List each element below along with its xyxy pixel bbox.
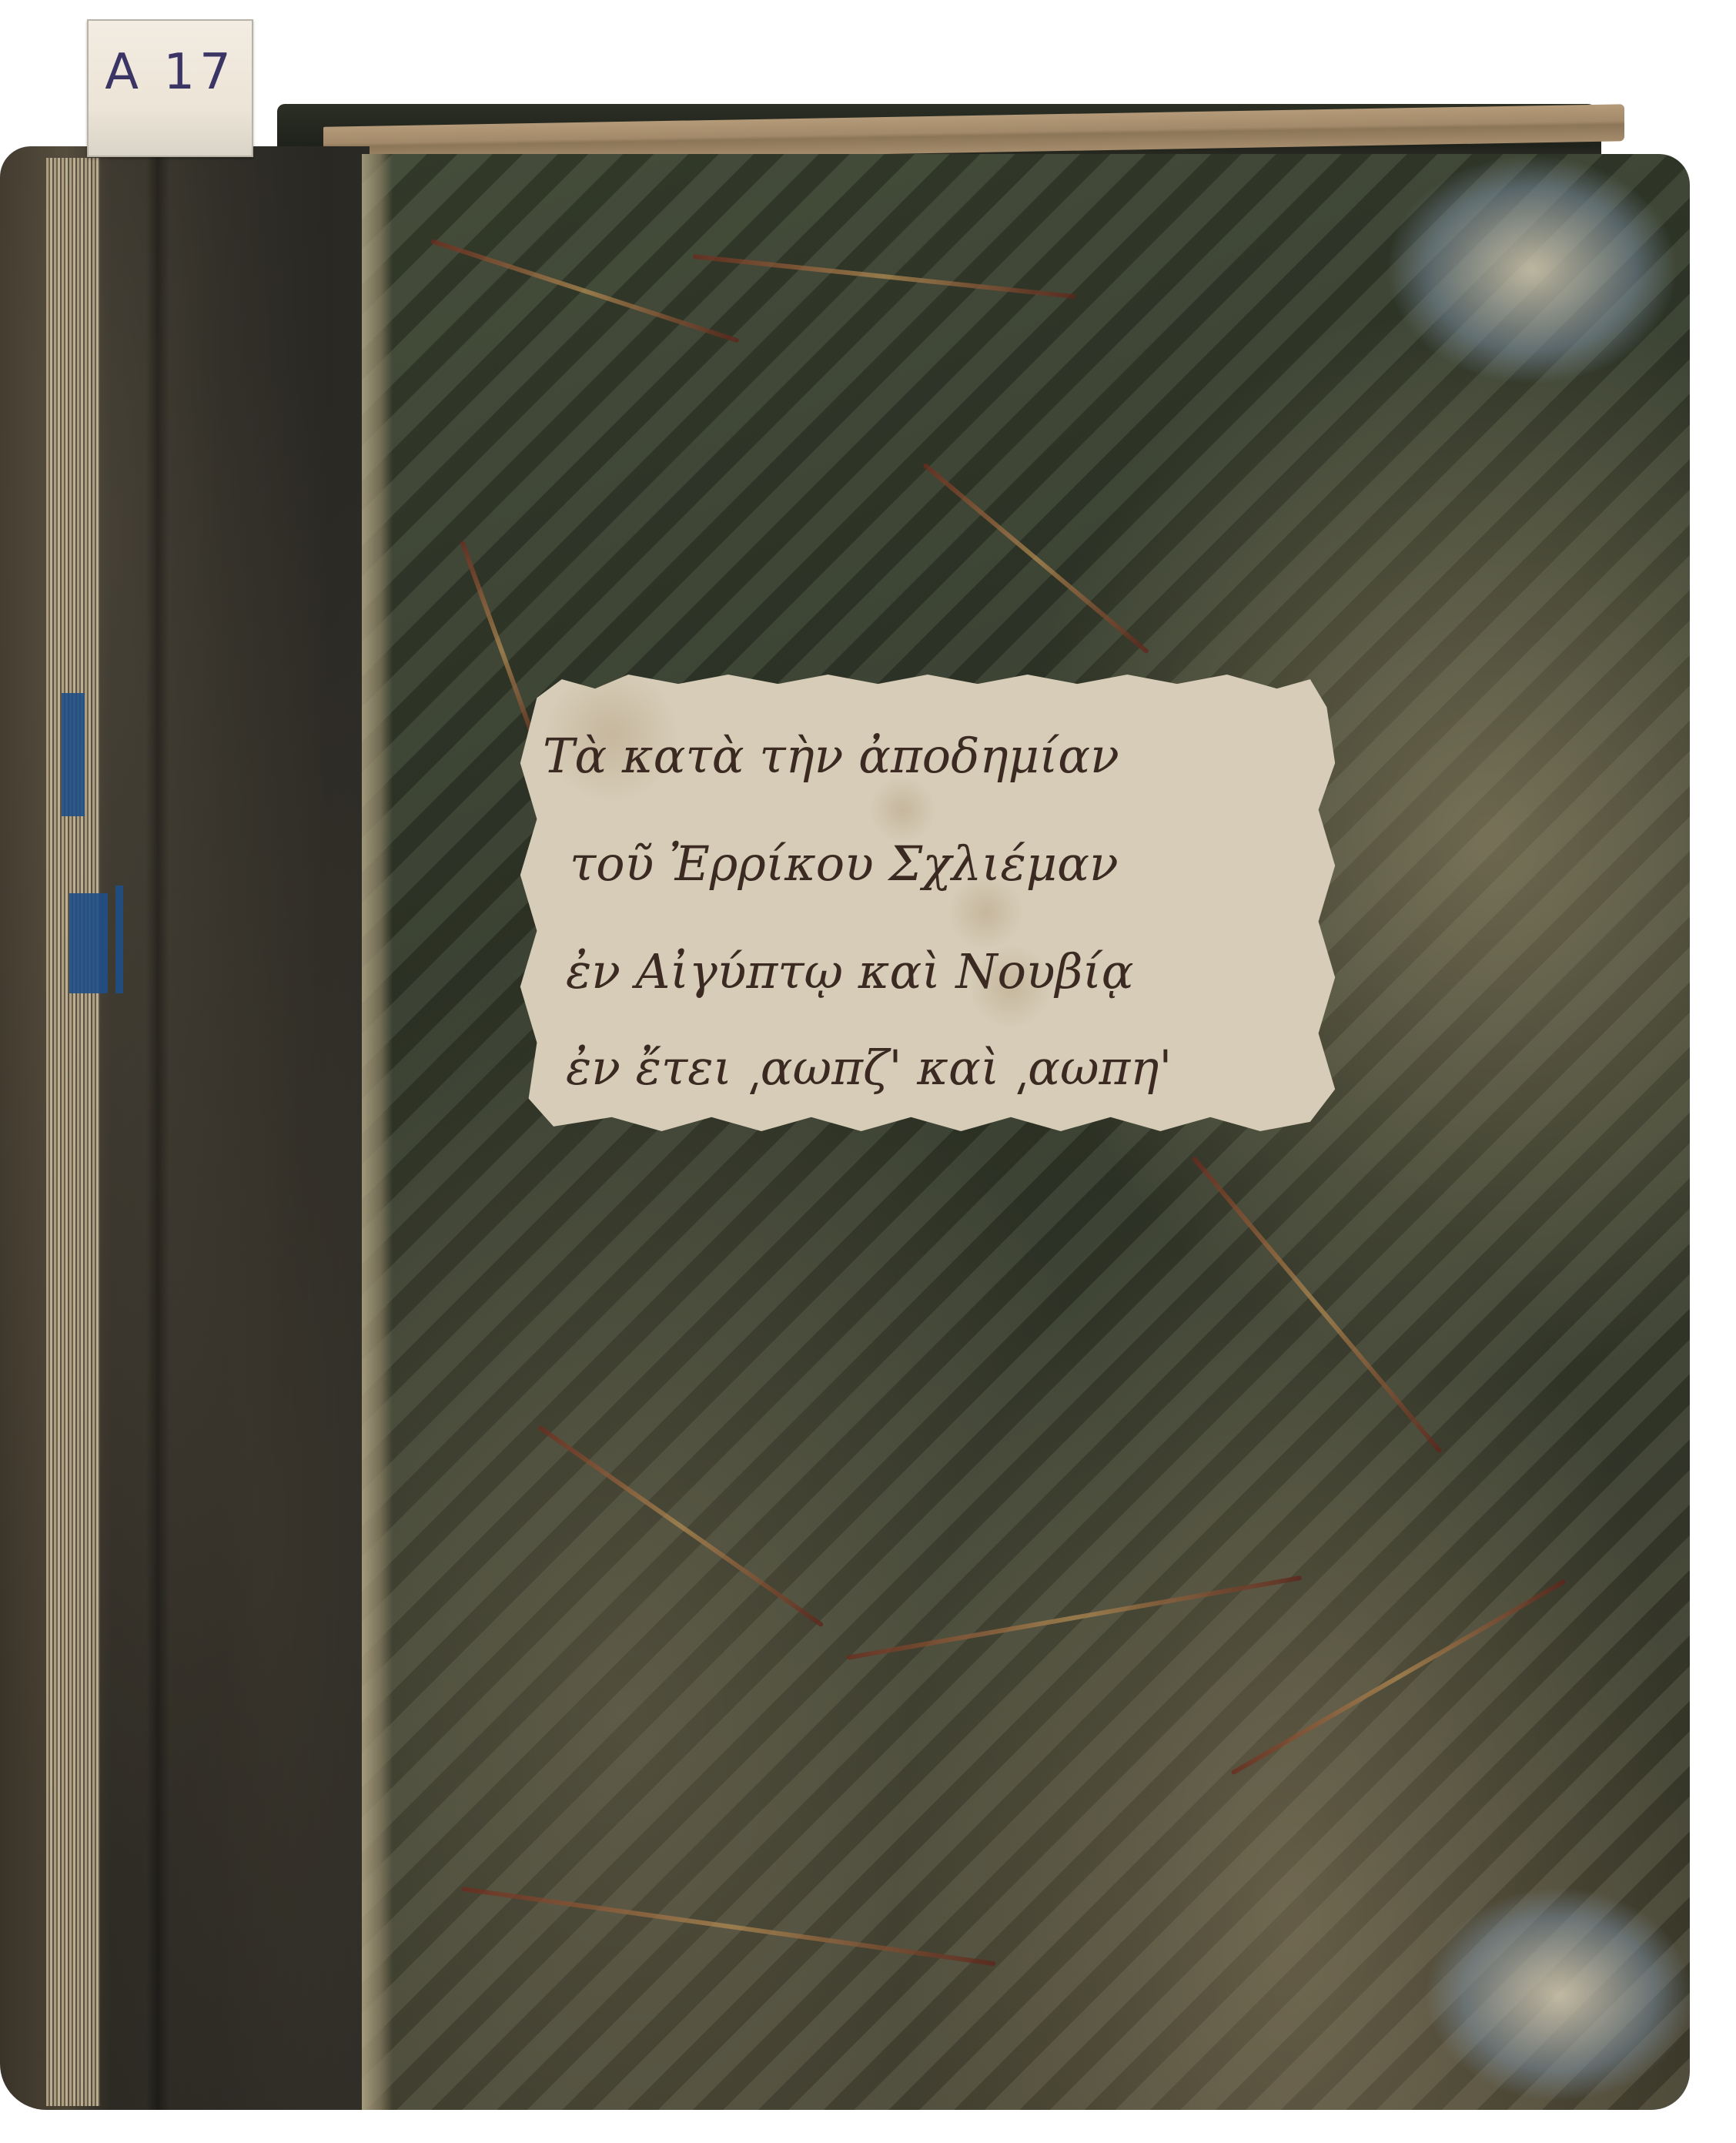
spine-fold (146, 146, 169, 2110)
label-line-2: τοῦ Ἐρρίκου Σχλιέμαν (570, 835, 1119, 892)
label-line-4: ἐν ἔτει ͵αωπζ' καὶ ͵αωπη' (566, 1040, 1172, 1096)
worn-corner-bottom-right (1424, 1887, 1694, 2102)
tag-label: A 17 (89, 44, 252, 101)
blue-lining-patch (115, 886, 123, 993)
blue-lining-patch (69, 893, 108, 993)
page-edges-left (46, 158, 100, 2106)
archive-tag: A 17 (87, 19, 253, 157)
front-cover-marbled (362, 154, 1690, 2110)
worn-corner-top-right (1386, 154, 1678, 385)
title-label: Τὰ κατὰ τὴν ἀποδημίαν τοῦ Ἐρρίκου Σχλιέμ… (512, 670, 1343, 1136)
label-line-3: ἐν Αἰγύπτῳ καὶ Νουβίᾳ (566, 943, 1134, 1000)
notebook: A 17 Τὰ κατὰ τὴν ἀποδημίαν τοῦ Ἐρρίκου Σ… (0, 0, 1736, 2143)
label-line-1: Τὰ κατὰ τὴν ἀποδημίαν (543, 728, 1119, 784)
blue-lining-patch (62, 693, 85, 816)
front-cover-edge (362, 154, 393, 2110)
